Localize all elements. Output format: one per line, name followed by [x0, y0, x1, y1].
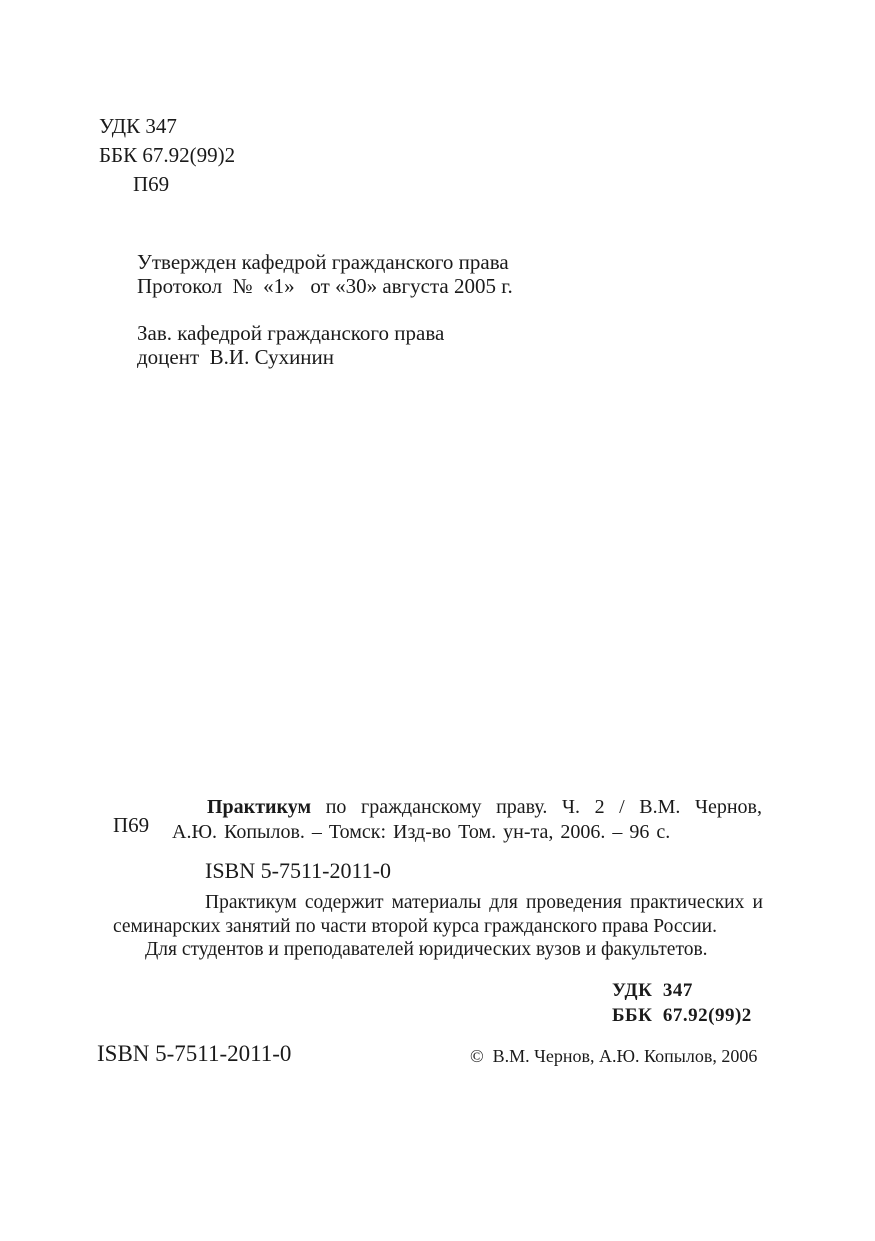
record-line-2: А.Ю. Копылов. – Томск: Изд-во Том. ун-та… — [172, 820, 670, 845]
copyright-notice: © В.М. Чернов, А.Ю. Копылов, 2006 — [470, 1046, 757, 1067]
approval-gap — [137, 298, 513, 321]
udc-number: УДК 347 — [99, 112, 235, 141]
bbk-number: ББК 67.92(99)2 — [99, 141, 235, 170]
footer-isbn: ISBN 5-7511-2011-0 — [97, 1041, 291, 1067]
index-block: УДК 347 ББК 67.92(99)2 — [612, 979, 752, 1028]
approval-line-1: Утвержден кафедрой гражданского права — [137, 250, 513, 274]
approval-line-2: Протокол № «1» от «30» августа 2005 г. — [137, 274, 513, 298]
annotation-paragraph-2: Для студентов и преподавателей юридическ… — [113, 938, 763, 962]
approval-line-4: доцент В.И. Сухинин — [137, 345, 513, 369]
imprint-page: УДК 347 ББК 67.92(99)2 П69 Утвержден каф… — [0, 0, 875, 1241]
classification-block: УДК 347 ББК 67.92(99)2 П69 — [99, 112, 235, 199]
isbn-middle: ISBN 5-7511-2011-0 — [205, 858, 391, 884]
annotation-paragraph-1: Практикум содержит материалы для проведе… — [113, 891, 763, 938]
annotation-block: Практикум содержит материалы для проведе… — [113, 891, 763, 962]
record-line-1: Практикум по гражданскому праву. Ч. 2 / … — [207, 795, 762, 820]
approval-line-3: Зав. кафедрой гражданского права — [137, 321, 513, 345]
author-sign: П69 — [99, 170, 235, 199]
index-bbk: ББК 67.92(99)2 — [612, 1004, 752, 1029]
record-author-sign: П69 — [113, 813, 149, 838]
approval-block: Утвержден кафедрой гражданского права Пр… — [137, 250, 513, 369]
record-title: Практикум — [207, 796, 311, 818]
index-udc: УДК 347 — [612, 979, 752, 1004]
record-line-1-rest: по гражданскому праву. Ч. 2 / В.М. Черно… — [311, 796, 762, 818]
